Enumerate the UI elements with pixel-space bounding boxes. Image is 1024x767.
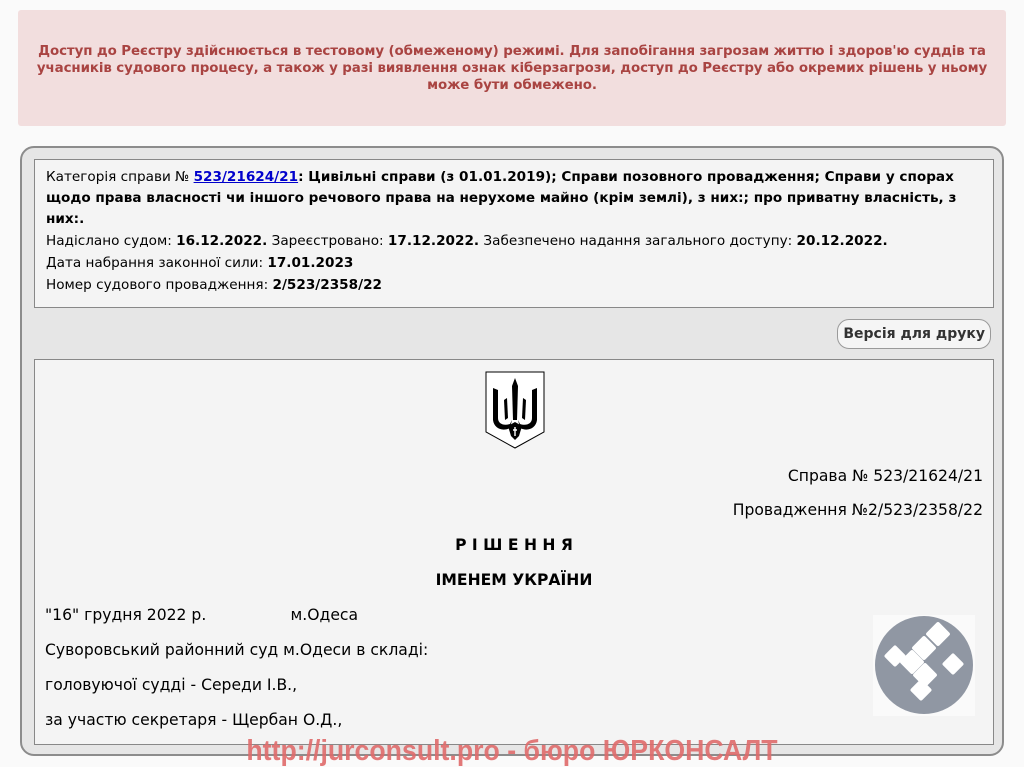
registry-warning-alert: Доступ до Реєстру здійснюється в тестово… <box>18 10 1006 126</box>
effective-label: Дата набрання законної сили: <box>46 255 267 271</box>
registered-label: Зареєстровано: <box>267 233 388 249</box>
print-version-button[interactable]: Версія для друку <box>837 319 991 349</box>
access-date: 20.12.2022. <box>797 233 888 249</box>
sent-date: 16.12.2022. <box>176 233 267 249</box>
proceeding-label: Номер судового провадження: <box>46 277 273 293</box>
site-logo-badge <box>873 615 975 716</box>
puzzle-logo-icon <box>873 615 975 716</box>
watermark-link: http://jurconsult.pro - бюро ЮРКОНСАЛТ <box>41 734 983 767</box>
decision-title: Р І Ш Е Н Н Я <box>35 536 993 554</box>
decision-container: Категорія справи № 523/21624/21: Цивільн… <box>20 146 1004 756</box>
alert-text: Доступ до Реєстру здійснюється в тестово… <box>34 43 990 94</box>
judge-line: головуючої судді - Середи І.В., <box>45 676 297 694</box>
registered-date: 17.12.2022. <box>388 233 479 249</box>
secretary-line: за участю секретаря - Щербан О.Д., <box>45 711 342 729</box>
decision-subtitle: ІМЕНЕМ УКРАЇНИ <box>35 571 993 589</box>
access-label: Забезпечено надання загального доступу: <box>479 233 796 249</box>
proceeding-line: Провадження №2/523/2358/22 <box>733 501 983 519</box>
proceeding-number-row: Номер судового провадження: 2/523/2358/2… <box>46 274 982 296</box>
decision-document: Справа № 523/21624/21 Провадження №2/523… <box>34 359 994 745</box>
ukraine-trident-icon <box>484 370 546 450</box>
case-info-panel: Категорія справи № 523/21624/21: Цивільн… <box>34 159 994 308</box>
dates-row: Надіслано судом: 16.12.2022. Зареєстрова… <box>46 230 982 252</box>
effective-date: 17.01.2023 <box>267 255 353 271</box>
case-number-link[interactable]: 523/21624/21 <box>194 169 299 185</box>
category-label: Категорія справи № <box>46 169 194 185</box>
proceeding-number: 2/523/2358/22 <box>273 277 382 293</box>
court-line: Суворовський районний суд м.Одеси в скла… <box>45 641 428 659</box>
case-category: Категорія справи № 523/21624/21: Цивільн… <box>46 167 982 230</box>
date-place-line: "16" грудня 2022 р. м.Одеса <box>45 606 358 624</box>
sent-label: Надіслано судом: <box>46 233 176 249</box>
effective-date-row: Дата набрання законної сили: 17.01.2023 <box>46 252 982 274</box>
case-number-line: Справа № 523/21624/21 <box>788 467 983 485</box>
